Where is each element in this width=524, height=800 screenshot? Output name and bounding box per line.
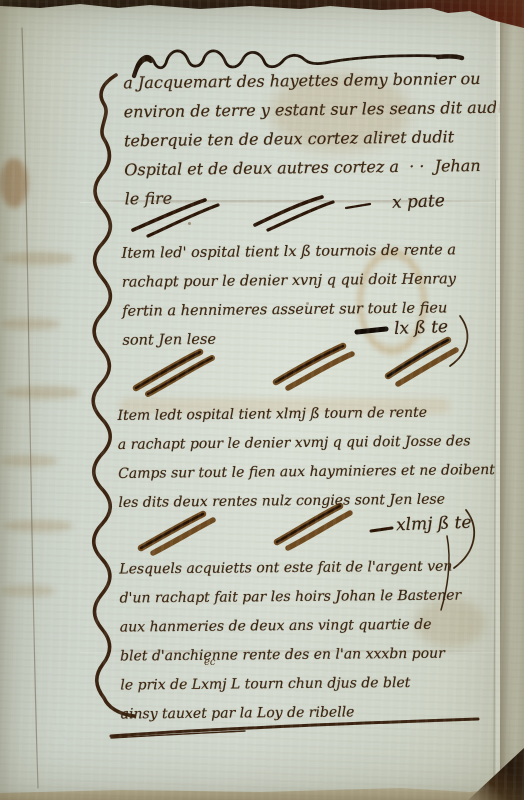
manuscript-line: d'un rachapt fait par les hoirs Johan le…	[120, 582, 462, 614]
manuscript-line: Lesquels acquietts ont este fait de l'ar…	[119, 553, 461, 585]
manuscript-line: teberquie ten de deux cortez aliret dudi…	[124, 122, 504, 156]
left-margin-crease-line	[22, 28, 38, 788]
manuscript-line: le prix de Lxmj L tourn chun djus de ble…	[120, 669, 462, 701]
manuscript-line: le fire	[125, 180, 505, 214]
manuscript-line: Ospital et de deux autres cortez a · · J…	[124, 151, 504, 185]
manuscript-line: aux hanmeries de deux ans vingt quartie …	[120, 611, 462, 643]
adjacent-folio-edge	[500, 0, 524, 800]
entry-1: a Jacquemart des hayettes demy bonnier o…	[123, 64, 505, 214]
entry-4: Lesquels acquietts ont este fait de l'ar…	[119, 553, 462, 730]
superscript-abbreviation: ec	[204, 657, 216, 668]
manuscript-line: rachapt pour le denier xvnj q qui doit H…	[122, 265, 457, 298]
manuscript-page: a Jacquemart des hayettes demy bonnier o…	[0, 0, 524, 800]
page-fold-highlight	[496, 10, 500, 790]
entry-1-amount: x pate	[392, 191, 446, 213]
manuscript-line: Item led' ospital tient lx ß tournois de…	[121, 236, 456, 269]
manuscript-line: ainsy tauxet par la Loy de ribelle	[121, 698, 463, 730]
entry-3-amount: xlmj ß te	[396, 513, 472, 536]
amount-dash	[371, 528, 392, 531]
entry-3: Item ledt ospital tient xlmj ß tourn de …	[117, 398, 495, 518]
manuscript-line: environ de terre y estant sur les seans …	[123, 93, 503, 127]
manuscript-line: blet d'anchienne rente des en l'an xxxbn…	[120, 640, 462, 672]
manuscript-line: Item ledt ospital tient xlmj ß tourn de …	[117, 398, 494, 431]
manuscript-line: a rachapt pour le denier xvmj q qui doit…	[118, 427, 495, 460]
manuscript-line: Camps sur tout le fien aux hayminieres e…	[118, 456, 495, 489]
entry-2-amount: lx ß te	[394, 317, 449, 339]
manuscript-line: a Jacquemart des hayettes demy bonnier o…	[123, 64, 503, 98]
